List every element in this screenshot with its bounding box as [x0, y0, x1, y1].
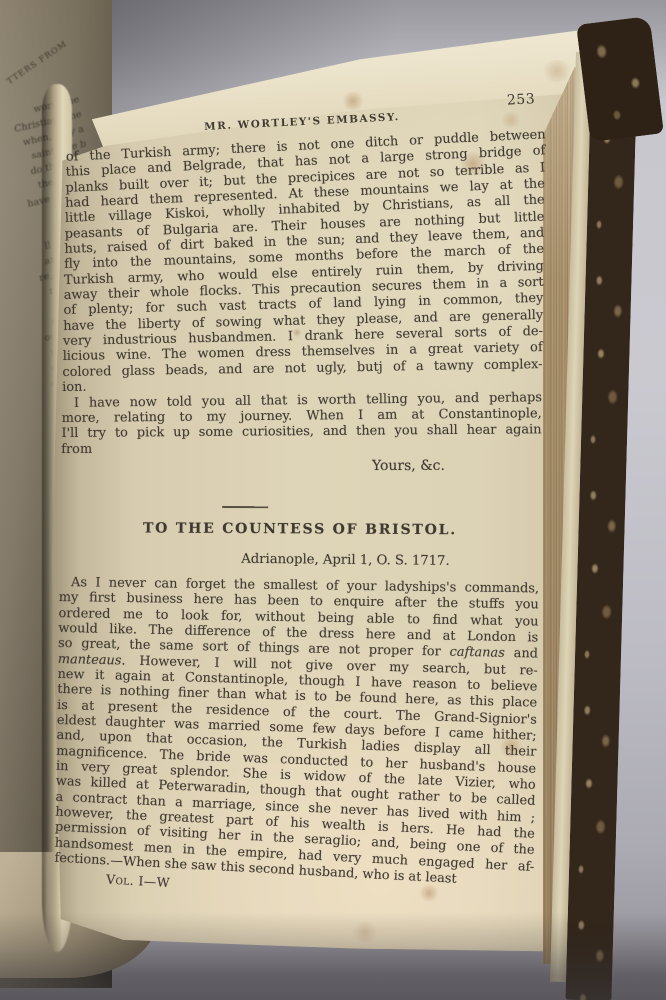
letter-2-dateline: Adrianople, April 1, O. S. 1717. — [59, 550, 539, 572]
text-line: I'll try to pick up some curiosities, an… — [61, 422, 541, 441]
text-line: from — [61, 439, 541, 457]
book-photo: TTERS FROM worn, theChristians thewhen, … — [0, 0, 666, 1000]
page-number: 253 — [507, 91, 536, 108]
letter-2-body: As I never can forget the smallest of yo… — [62, 575, 542, 867]
letter-2-heading: TO THE COUNTESS OF BRISTOL. — [60, 520, 540, 543]
marbled-cover-corner — [576, 16, 664, 142]
letter-1-signature: Yours, &c. — [61, 457, 541, 475]
page-text: of the Turkish army; there is not one di… — [62, 150, 542, 885]
section-divider — [222, 506, 268, 508]
letter-1-body: of the Turkish army; there is not one di… — [62, 150, 542, 457]
